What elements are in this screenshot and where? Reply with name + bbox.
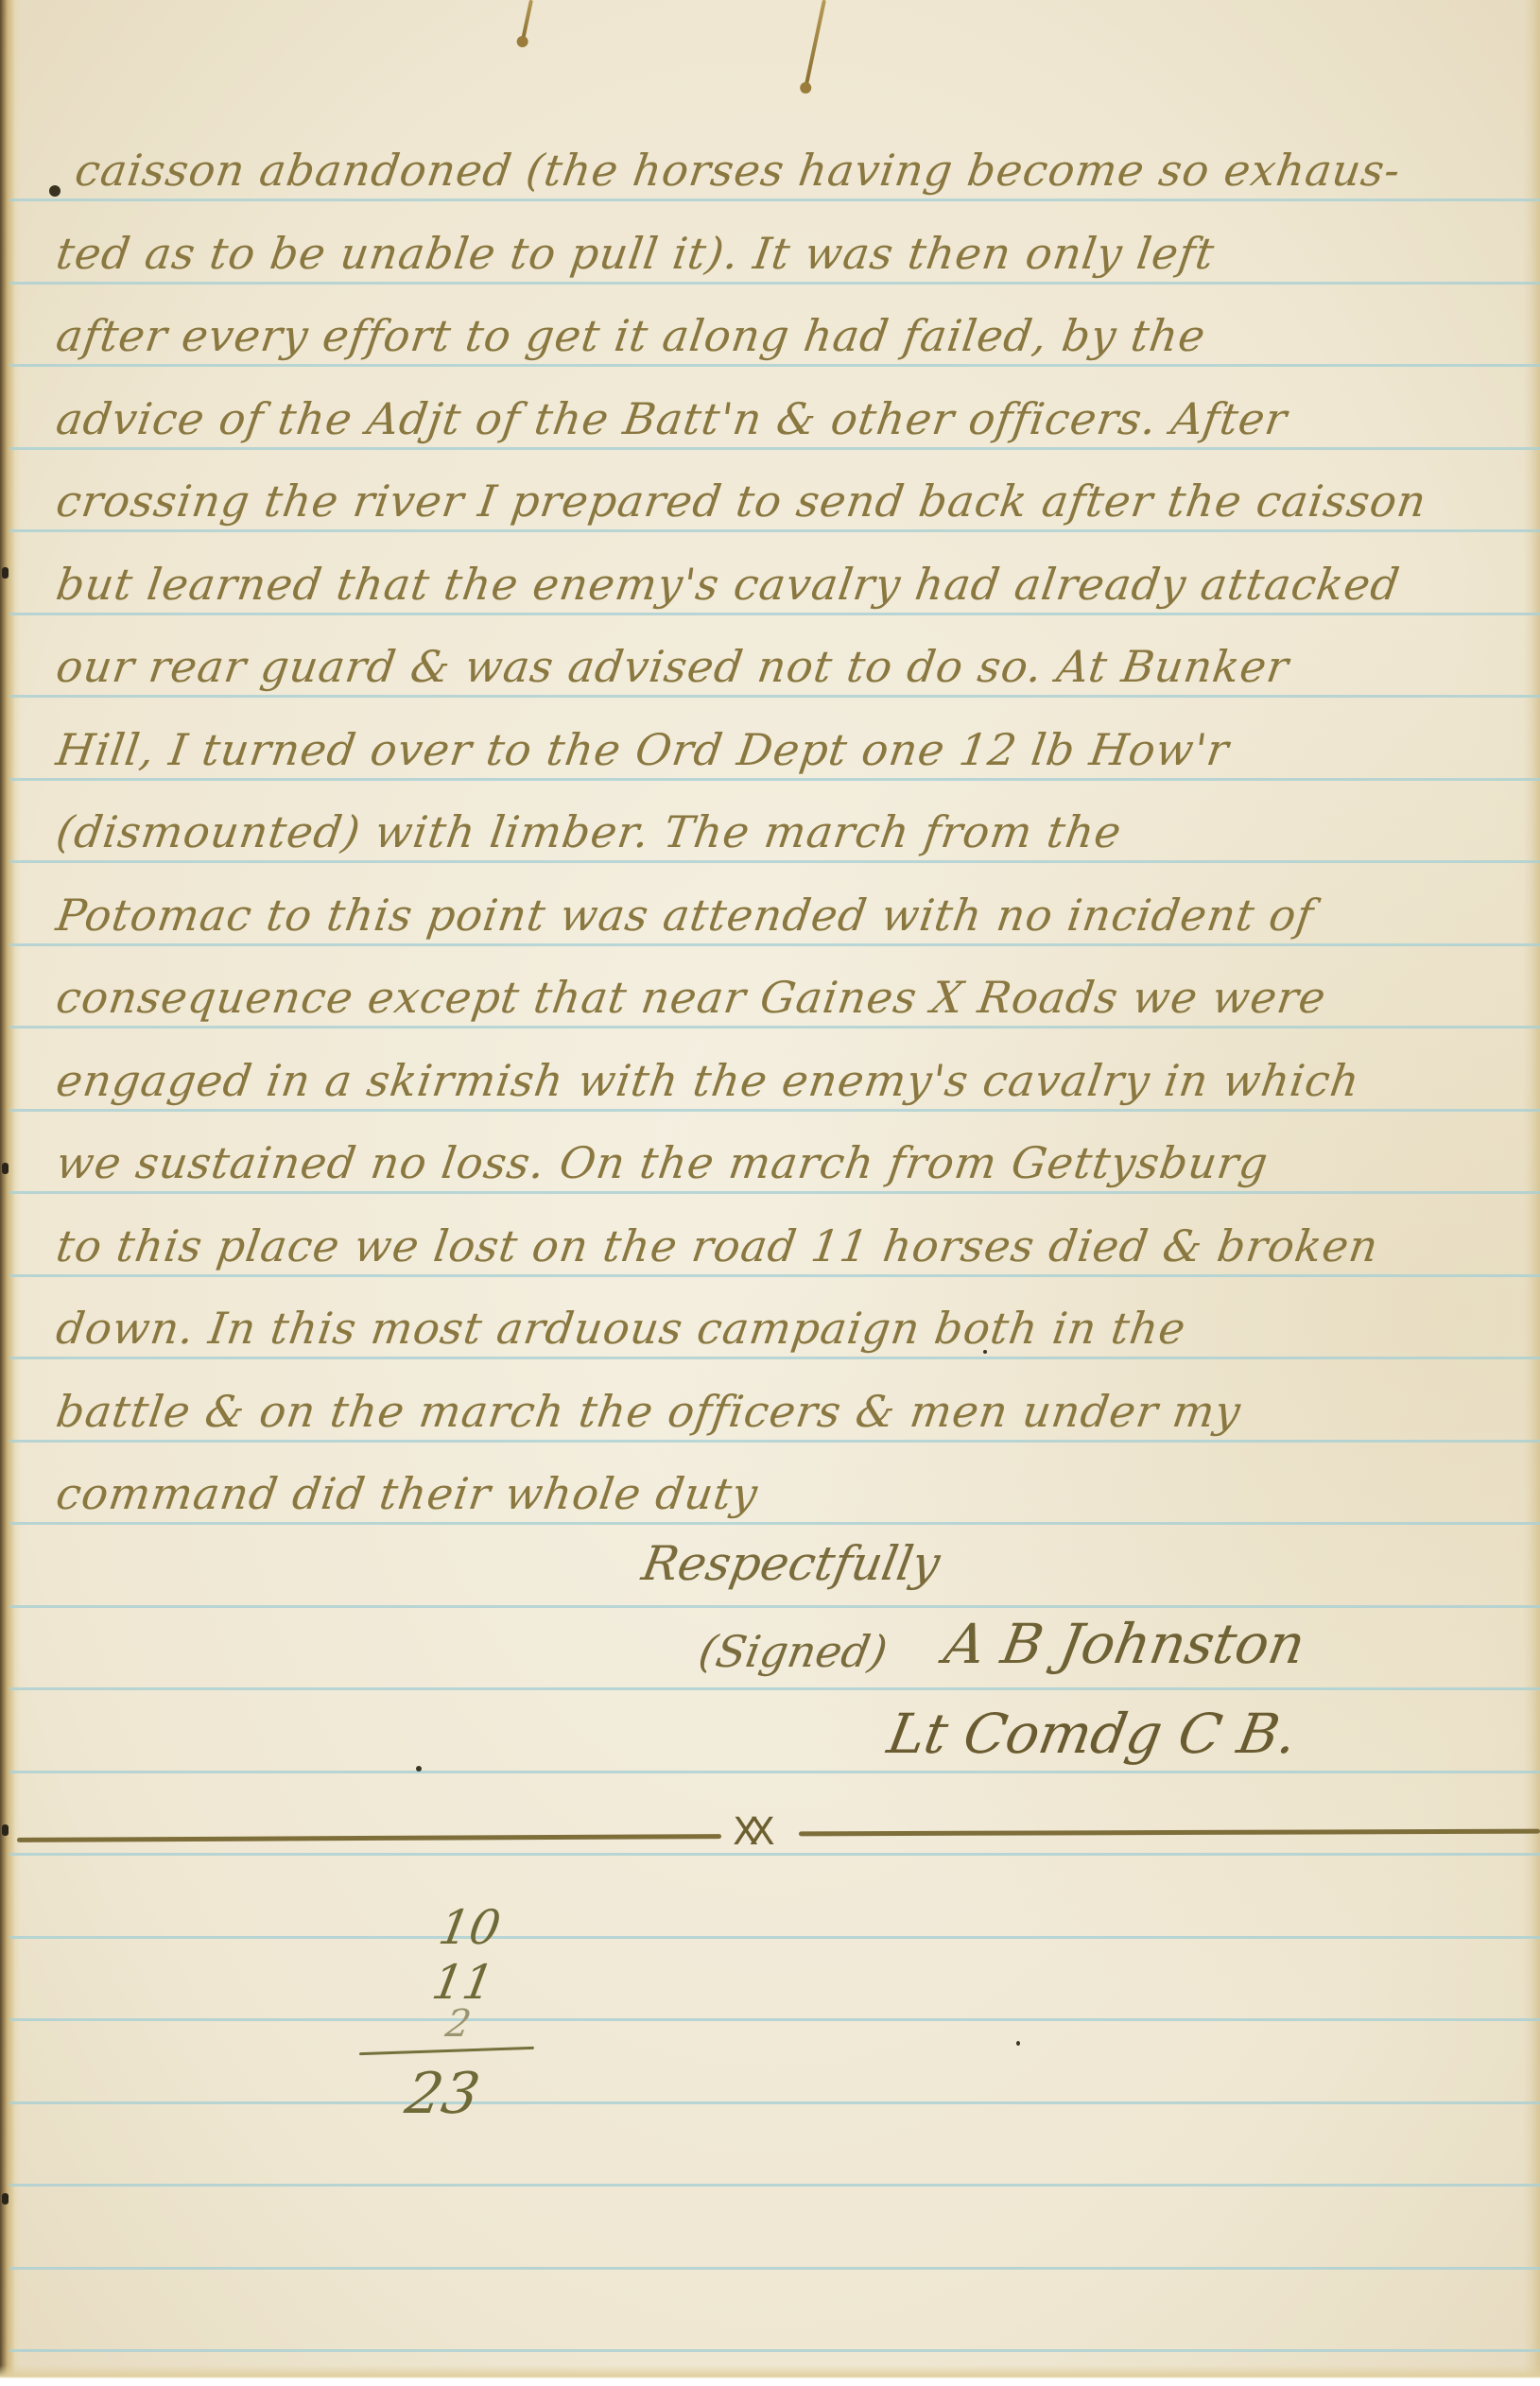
- ink-speck: [416, 1766, 422, 1772]
- text-line: down. In this most arduous campaign both…: [51, 1290, 1507, 1366]
- text-line: Hill, I turned over to the Ord Dept one …: [51, 712, 1507, 787]
- ink-speck: [1016, 2041, 1020, 2046]
- text-line: engaged in a skirmish with the enemy's c…: [51, 1043, 1507, 1118]
- text-line: (dismounted) with limber. The march from…: [51, 794, 1507, 870]
- ledger-page: caisson abandoned (the horses having bec…: [0, 0, 1540, 2386]
- signature-name: A B Johnston: [940, 1612, 1310, 1676]
- ruled-line: [9, 2267, 1540, 2270]
- tally-addend: 10: [435, 1900, 505, 1955]
- text-line: command did their whole duty: [51, 1456, 1507, 1531]
- text-line: Potomac to this point was attended with …: [51, 877, 1507, 953]
- binding-stitch: [2, 567, 9, 579]
- ruled-line: [9, 2349, 1540, 2352]
- text-line: battle & on the march the officers & men…: [51, 1374, 1507, 1449]
- text-line: after every effort to get it along had f…: [51, 298, 1507, 373]
- ruled-line: [9, 1771, 1540, 1773]
- binding-stitch: [2, 1163, 9, 1174]
- text-line: to this place we lost on the road 11 hor…: [51, 1208, 1507, 1284]
- ruled-line: [9, 1936, 1540, 1939]
- ink-speck: [983, 1350, 987, 1354]
- tally-sum-bar: [359, 2047, 534, 2055]
- ruled-line: [9, 2018, 1540, 2021]
- separator-line-left: [17, 1834, 721, 1842]
- ruled-line: [9, 1605, 1540, 1608]
- binding-stitch: [2, 2193, 9, 2204]
- ruled-line: [9, 2101, 1540, 2104]
- text-line: our rear guard & was advised not to do s…: [51, 629, 1507, 704]
- text-line: advice of the Adjt of the Batt'n & other…: [51, 381, 1507, 457]
- margin-dot: [49, 185, 61, 197]
- text-line: crossing the river I prepared to send ba…: [51, 463, 1507, 539]
- text-line: caisson abandoned (the horses having bec…: [70, 132, 1507, 208]
- text-line: consequence except that near Gaines X Ro…: [51, 960, 1507, 1035]
- page-bottom-edge: [0, 2365, 1540, 2386]
- binding-stitch: [2, 1824, 9, 1836]
- tally-total: 23: [401, 2061, 485, 2127]
- text-line: we sustained no loss. On the march from …: [51, 1125, 1507, 1201]
- signed-label: (Signed): [695, 1626, 891, 1677]
- ruled-line: [9, 1853, 1540, 1856]
- closing-respectfully: Respectfully: [638, 1536, 944, 1591]
- signature-title: Lt Comdg C B.: [883, 1702, 1302, 1766]
- separator-line-right: [799, 1829, 1540, 1837]
- ruled-line: [9, 1687, 1540, 1690]
- separator-mark: XX: [733, 1810, 766, 1854]
- text-line: but learned that the enemy's cavalry had…: [51, 546, 1507, 622]
- ink-drip: [804, 0, 826, 88]
- text-line: ted as to be unable to pull it). It was …: [51, 216, 1507, 291]
- ink-drip: [521, 0, 533, 42]
- ruled-line: [9, 2184, 1540, 2187]
